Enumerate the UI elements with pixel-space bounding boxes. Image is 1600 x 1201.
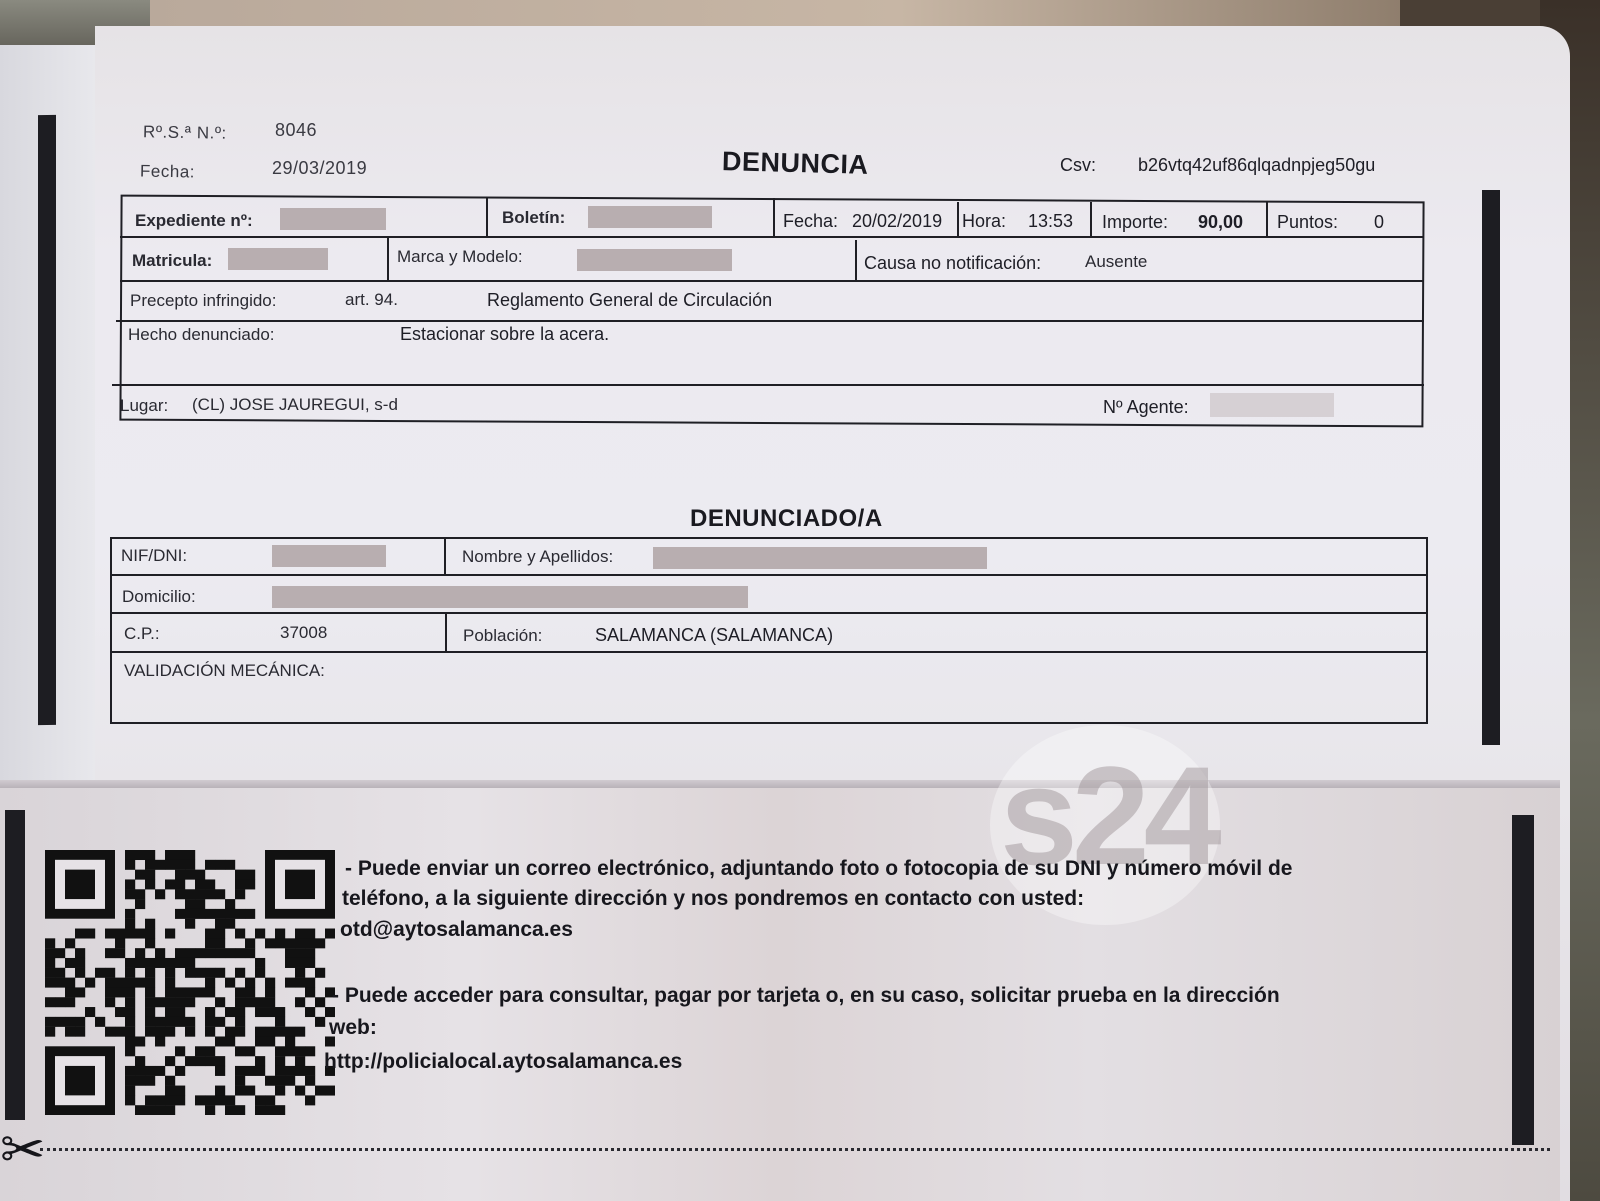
email-instructions-line1: - Puede enviar un correo electrónico, ad… [345,857,1292,881]
left-margin-bar [38,115,56,725]
lugar-label: Lugar: [120,396,168,416]
nif-dni-label: NIF/DNI: [121,546,187,566]
cp-value: 37008 [280,623,327,643]
fecha-infraccion-value: 20/02/2019 [852,211,942,232]
agente-label: Nº Agente: [1103,397,1189,418]
hecho-denunciado-value: Estacionar sobre la acera. [400,324,609,345]
poblacion-label: Población: [463,626,542,646]
precepto-reglamento: Reglamento General de Circulación [487,290,772,311]
email-instructions-line2: teléfono, a la siguiente dirección y nos… [342,887,1084,911]
rsn-value: 8046 [275,120,317,141]
header-fecha-label: Fecha: [140,162,195,183]
importe-value: 90,00 [1198,212,1243,233]
rsn-label: Rº.S.ª N.º: [143,122,227,143]
email-link[interactable]: otd@aytosalamanca.es [340,918,573,942]
nif-dni-value-redacted [272,545,386,567]
nombre-apellidos-label: Nombre y Apellidos: [462,547,613,567]
poblacion-value: SALAMANCA (SALAMANCA) [595,625,833,646]
right-margin-bar [1482,190,1500,745]
nombre-apellidos-value-redacted [653,547,987,569]
agente-value-redacted [1210,393,1334,417]
cut-line [40,1148,1550,1151]
marca-modelo-value-redacted [577,249,732,271]
paper-fold [0,780,1560,788]
domicilio-label: Domicilio: [122,587,196,607]
validacion-mecanica-label: VALIDACIÓN MECÁNICA: [124,661,325,681]
precepto-label: Precepto infringido: [130,291,276,311]
web-instructions-line2: web: [329,1016,377,1040]
denunciado-title: DENUNCIADO/A [690,505,883,533]
causa-no-notificacion-label: Causa no notificación: [864,253,1041,274]
expediente-value-redacted [280,208,386,230]
importe-label: Importe: [1102,212,1168,233]
marca-modelo-label: Marca y Modelo: [397,247,523,267]
csv-label: Csv: [1060,155,1096,176]
hora-label: Hora: [962,211,1006,232]
precepto-article: art. 94. [345,290,398,310]
document-title: DENUNCIA [722,146,869,181]
puntos-value: 0 [1374,212,1384,233]
domicilio-value-redacted [272,586,748,608]
header-fecha-value: 29/03/2019 [272,158,367,179]
web-url-link[interactable]: http://policialocal.aytosalamanca.es [324,1050,682,1074]
qr-code-icon[interactable] [45,850,335,1115]
hecho-denunciado-label: Hecho denunciado: [128,325,275,345]
causa-no-notificacion-value: Ausente [1085,252,1147,272]
csv-value: b26vtq42uf86qlqadnpjeg50gu [1138,155,1375,176]
left-margin-bar-lower [5,810,25,1120]
web-instructions-line1: - Puede acceder para consultar, pagar po… [332,984,1280,1008]
cp-label: C.P.: [124,624,160,644]
hora-value: 13:53 [1028,211,1073,232]
boletin-value-redacted [588,206,712,228]
matricula-value-redacted [228,248,328,270]
matricula-label: Matricula: [132,251,212,271]
fecha-infraccion-label: Fecha: [783,211,838,232]
puntos-label: Puntos: [1277,212,1338,233]
scissors-icon: ✂ [0,1118,45,1181]
expediente-label: Expediente nº: [135,211,253,231]
lugar-value: (CL) JOSE JAUREGUI, s-d [192,395,398,415]
boletin-label: Boletín: [502,208,565,228]
right-margin-bar-lower [1512,815,1534,1145]
